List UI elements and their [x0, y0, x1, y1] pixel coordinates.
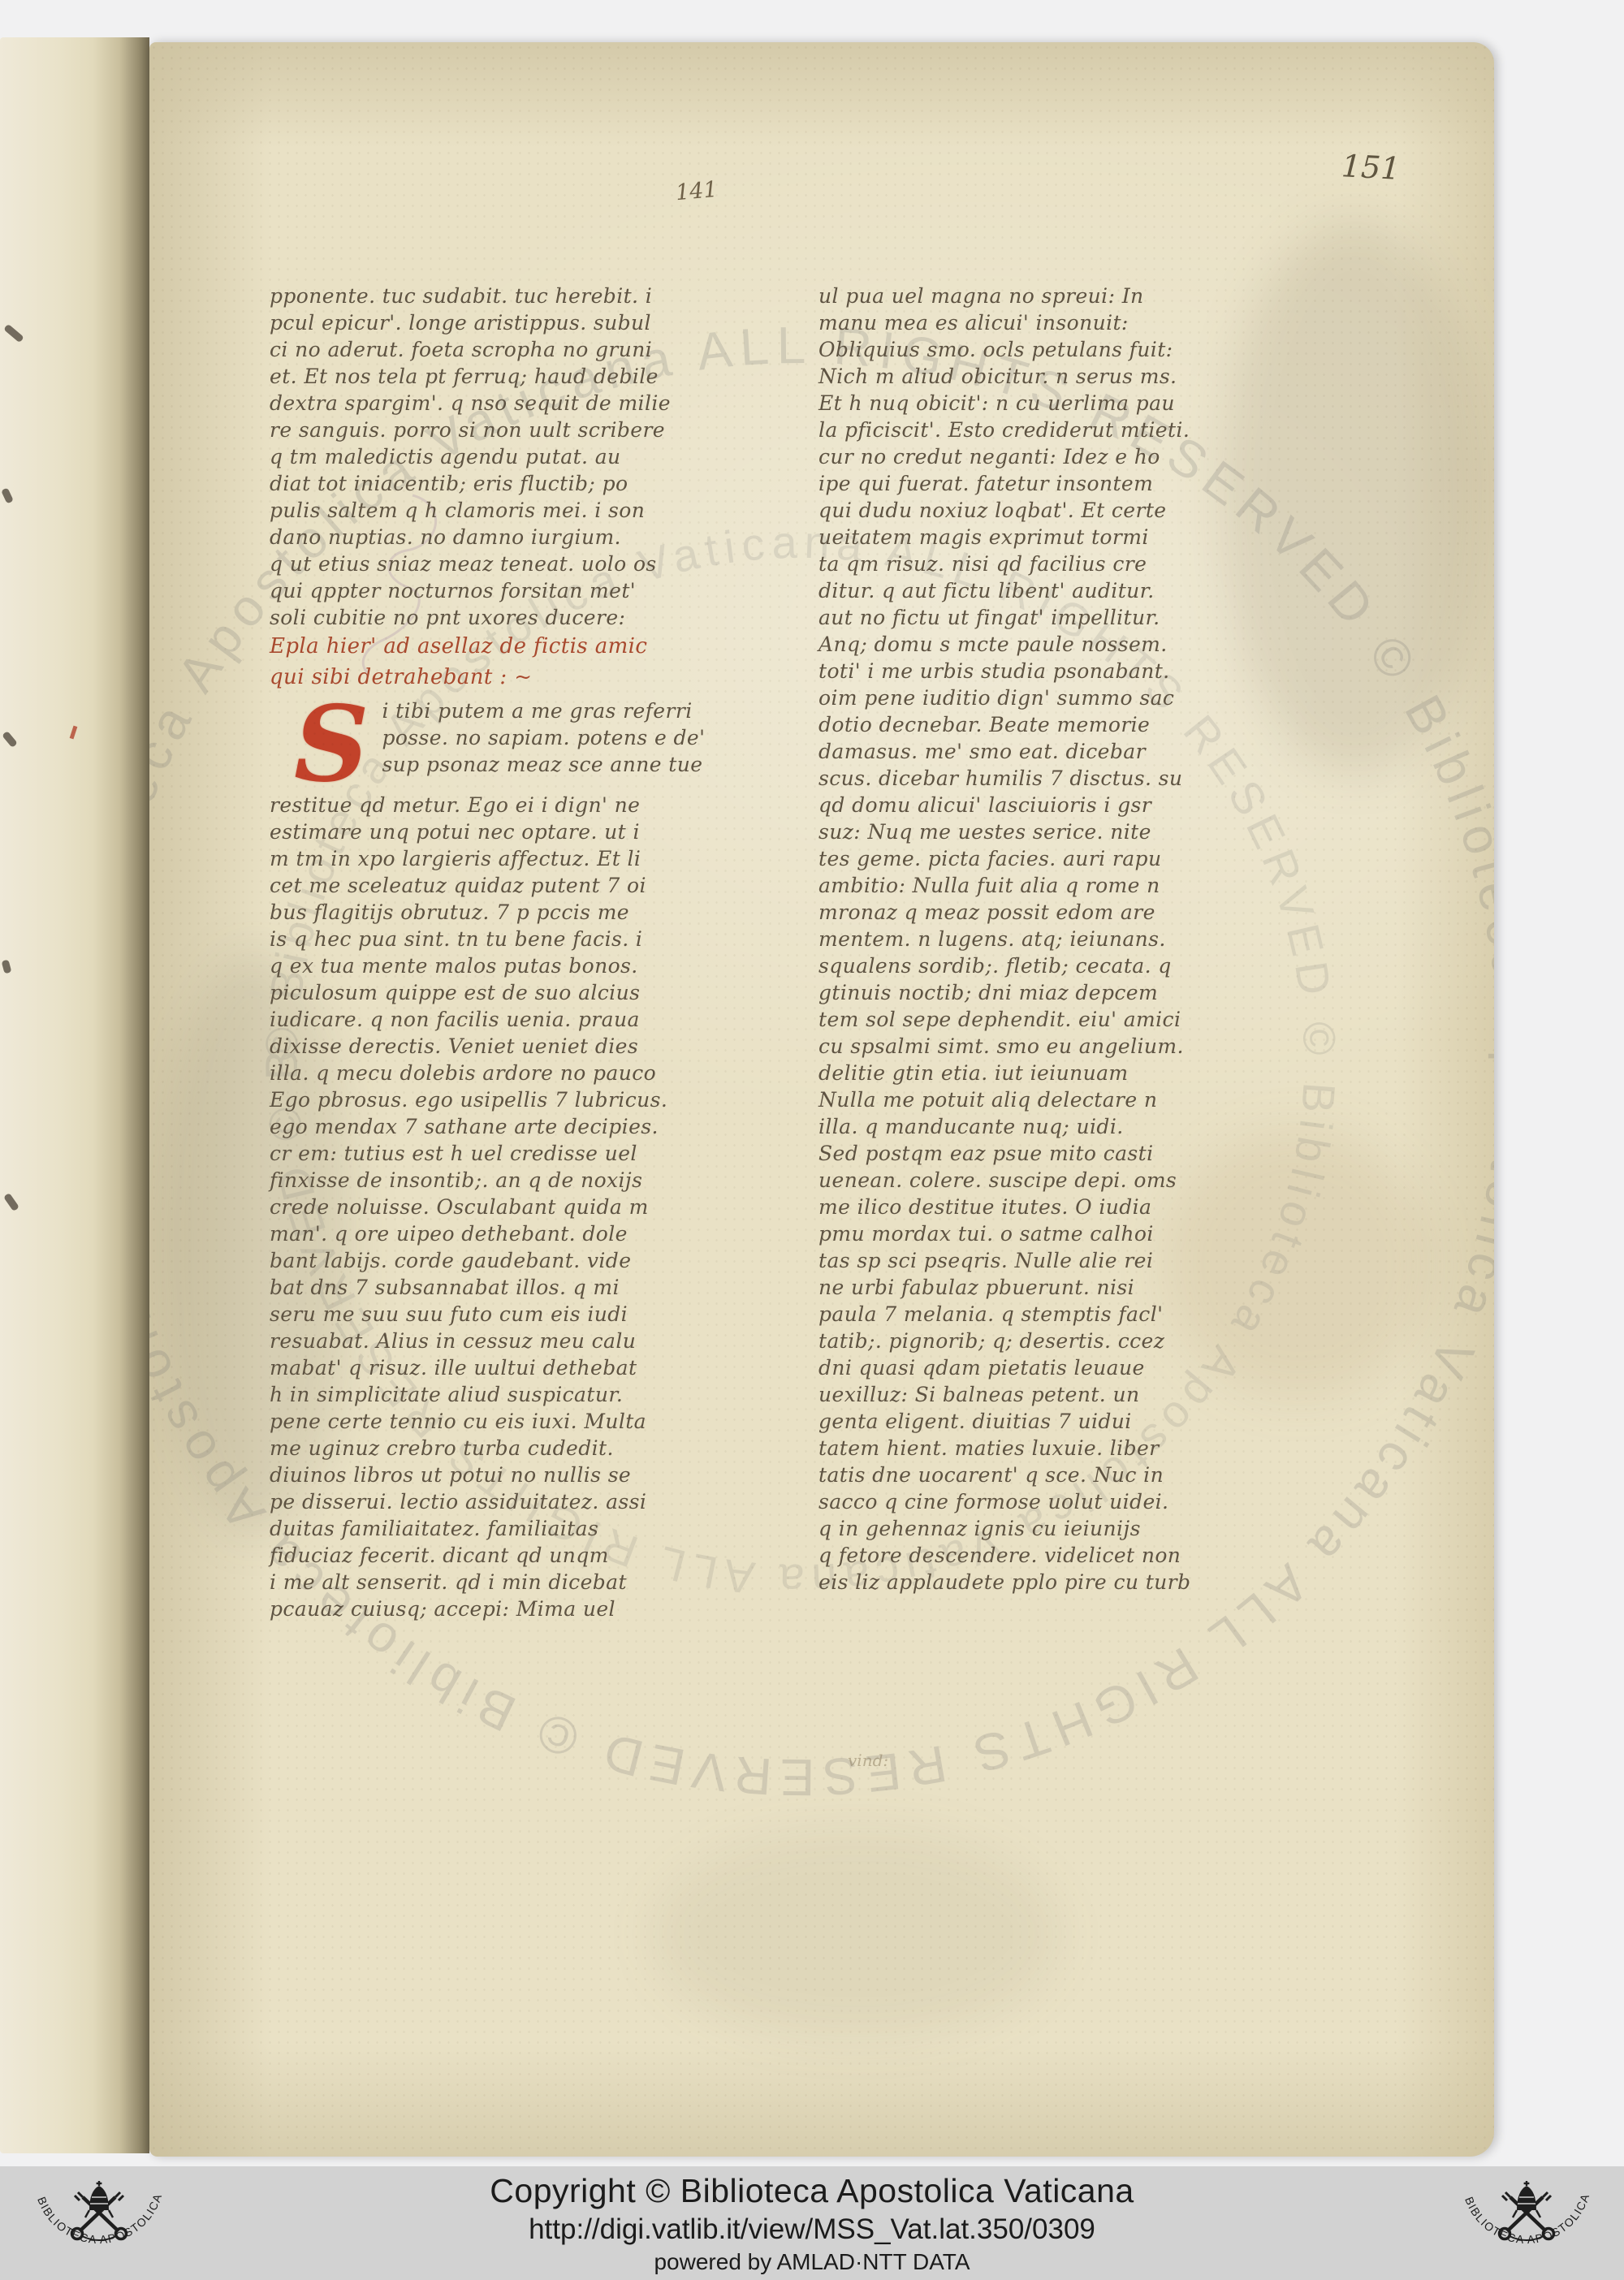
manuscript-line: mabat' q risuz. ille uultui dethebat [270, 1354, 729, 1381]
manuscript-line: posse. no sapiam. potens e de' [382, 724, 705, 751]
manuscript-line: dixisse derectis. Veniet ueniet dies [270, 1033, 729, 1060]
manuscript-line: cr em: tutius est h uel credisse uel [270, 1140, 729, 1167]
manuscript-line: pene certe tennio cu eis iuxi. Multa [270, 1408, 729, 1435]
manuscript-line: cu spsalmi simt. smo eu angelium. [818, 1033, 1278, 1060]
manuscript-line: q ut etius sniaz meaz teneat. uolo os [270, 551, 729, 577]
manuscript-line: genta eligent. diuitias 7 uidui [818, 1408, 1278, 1435]
manuscript-line: ueitatem magis exprimut tormi [818, 524, 1278, 551]
folio-number-right: 151 [1341, 148, 1402, 187]
manuscript-line: mentem. n lugens. atq; ieiunans. [818, 926, 1278, 952]
left-column-part2: restitue qd metur. Ego ei i dign' neesti… [270, 792, 729, 1622]
manuscript-line: cet me sceleatuz quidaz putent 7 oi [270, 872, 729, 899]
manuscript-line: toti' i me urbis studia psonabant. [818, 658, 1278, 684]
manuscript-line: qd domu alicui' lasciuioris i gsr [818, 792, 1278, 818]
manuscript-line: pcul epicur'. longe aristippus. subul [270, 309, 729, 336]
manuscript-line: q fetore descendere. videlicet non [818, 1542, 1278, 1569]
right-column-lines: ul pua uel magna no spreui: Inmanu mea e… [818, 283, 1278, 1596]
manuscript-line: restitue qd metur. Ego ei i dign' ne [270, 792, 729, 818]
manuscript-line: pulis saltem q h clamoris mei. i son [270, 497, 729, 524]
manuscript-line: ta qm risuz. nisi qd facilius cre [818, 551, 1278, 577]
facing-page-ink-fragment [3, 1193, 19, 1211]
manuscript-line: Obliquius smo. ocls petulans fuit: [818, 336, 1278, 363]
footer-band: BIBLIOTECA APOSTOLICA VATICANA [0, 2166, 1624, 2280]
catchword: vind: [848, 1751, 888, 1770]
manuscript-line: et. Et nos tela pt ferruq; haud debile [270, 363, 729, 390]
manuscript-line: ci no aderut. foeta scropha no gruni [270, 336, 729, 363]
manuscript-line: damasus. me' smo eat. dicebar [818, 738, 1278, 765]
manuscript-line: finxisse de insontib;. an q de noxijs [270, 1167, 729, 1194]
manuscript-line: la pficiscit'. Esto crediderut mtieti. [818, 417, 1278, 443]
folio-number-center: 141 [675, 177, 719, 205]
manuscript-line: sacco q cine formose uolut uidei. [818, 1488, 1278, 1515]
manuscript-line: scus. dicebar humilis 7 disctus. su [818, 765, 1278, 792]
manuscript-line: bant labijs. corde gaudebant. vide [270, 1247, 729, 1274]
manuscript-line: bat dns 7 subsannabat illos. q mi [270, 1274, 729, 1301]
manuscript-line: cur no credut neganti: Idez e ho [818, 443, 1278, 470]
manuscript-line: tas sp sci pseqris. Nulle alie rei [818, 1247, 1278, 1274]
manuscript-line: estimare unq potui nec optare. ut i [270, 818, 729, 845]
initial-section-lines: i tibi putem a me gras referriposse. no … [382, 697, 705, 778]
manuscript-line: qui qppter nocturnos forsitan met' [270, 577, 729, 604]
manuscript-line: soli cubitie no pnt uxores ducere: [270, 604, 729, 631]
facing-page-ink-fragment [3, 324, 24, 343]
manuscript-line: qui dudu noxiuz loqbat'. Et certe [818, 497, 1278, 524]
manuscript-line: illa. q manducante nuq; uidi. [818, 1113, 1278, 1140]
facing-page-edge [0, 37, 149, 2153]
manuscript-line: dextra spargim'. q nso sequit de milie [270, 390, 729, 417]
facing-page-ink-fragment [1, 487, 14, 503]
manuscript-line: tatib;. pignorib; q; desertis. ccez [818, 1328, 1278, 1354]
manuscript-line: aut no fictu ut fingat' impellitur. [818, 604, 1278, 631]
manuscript-line: ambitio: Nulla fuit alia q rome n [818, 872, 1278, 899]
manuscript-line: m tm in xpo largieris affectuz. Et li [270, 845, 729, 872]
manuscript-line: sup psonaz meaz sce anne tue [382, 751, 705, 778]
manuscript-line: pe disserui. lectio assiduitatez. assi [270, 1488, 729, 1515]
manuscript-line: i tibi putem a me gras referri [382, 697, 705, 724]
powered-by-line: powered by AMLAD·NTT DATA [654, 2249, 970, 2275]
manuscript-line: piculosum quippe est de suo alcius [270, 979, 729, 1006]
manuscript-line: squalens sordib;. fletib; cecata. q [818, 952, 1278, 979]
parchment-stain [653, 1829, 1059, 2040]
manuscript-line: suz: Nuq me uestes serice. nite [818, 818, 1278, 845]
manuscript-line: ego mendax 7 sathane arte decipies. [270, 1113, 729, 1140]
manuscript-line: diat tot iniacentib; eris fluctib; po [270, 470, 729, 497]
manuscript-line: diuinos libros ut potui no nullis se [270, 1462, 729, 1488]
manuscript-line: Anq; domu s mcte paule nossem. [818, 631, 1278, 658]
manuscript-line: ditur. q aut fictu libent' auditur. [818, 577, 1278, 604]
manuscript-line: q ex tua mente malos putas bonos. [270, 952, 729, 979]
manuscript-line: crede noluisse. Osculabant quida m [270, 1194, 729, 1220]
manuscript-page: © Biblioteca Apostolica Vaticana ALL RIG… [149, 42, 1494, 2157]
manuscript-line: h in simplicitate aliud suspicatur. [270, 1381, 729, 1408]
manuscript-line: tatem hient. maties luxuie. liber [818, 1435, 1278, 1462]
manuscript-line: iudicare. q non facilis uenia. praua [270, 1006, 729, 1033]
manuscript-line: Sed postqm eaz psue mito casti [818, 1140, 1278, 1167]
manuscript-line: uexilluz: Si balneas petent. un [818, 1381, 1278, 1408]
manuscript-line: dni quasi qdam pietatis leuaue [818, 1354, 1278, 1381]
manuscript-line: man'. q ore uipeo dethebant. dole [270, 1220, 729, 1247]
manuscript-line: eis liz applaudete pplo pire cu turb [818, 1569, 1278, 1596]
manuscript-line: Nich m aliud obicitur. n serus ms. [818, 363, 1278, 390]
manuscript-line: q tm maledictis agendu putat. au [270, 443, 729, 470]
manuscript-line: tem sol sepe dephendit. eiu' amici [818, 1006, 1278, 1033]
manuscript-line: uenean. colere. suscipe depi. oms [818, 1167, 1278, 1194]
manuscript-line: paula 7 melania. q stemptis facl' [818, 1301, 1278, 1328]
manuscript-line: i me alt senserit. qd i min dicebat [270, 1569, 729, 1596]
manuscript-line: Epla hier' ad asellaz de fictis amic [270, 631, 729, 662]
manuscript-line: seru me suu suu futo cum eis iudi [270, 1301, 729, 1328]
red-margin-tick [70, 726, 78, 740]
decorated-initial: S [294, 699, 369, 790]
facing-page-ink-fragment [2, 731, 18, 748]
manuscript-line: pmu mordax tui. o satme calhoi [818, 1220, 1278, 1247]
manuscript-line: ne urbi fabulaz pbuerunt. nisi [818, 1274, 1278, 1301]
manuscript-line: delitie gtin etia. iut ieiunuam [818, 1060, 1278, 1086]
manuscript-line: duitas familiaitatez. familiaitas [270, 1515, 729, 1542]
manuscript-line: ipe qui fuerat. fatetur insontem [818, 470, 1278, 497]
manuscript-line: illa. q mecu dolebis ardore no pauco [270, 1060, 729, 1086]
manuscript-line: Et h nuq obicit': n cu uerlima pau [818, 390, 1278, 417]
manuscript-line: q in gehennaz ignis cu ieiunijs [818, 1515, 1278, 1542]
manuscript-line: mronaz q meaz possit edom are [818, 899, 1278, 926]
footer-text: Copyright © Biblioteca Apostolica Vatica… [0, 2166, 1624, 2280]
manuscript-line: me ilico destitue itutes. O iudia [818, 1194, 1278, 1220]
text-column-left: pponente. tuc sudabit. tuc herebit. ipcu… [270, 283, 729, 1622]
manuscript-line: oim pene iuditio dign' summo sac [818, 684, 1278, 711]
manuscript-line: tes geme. picta facies. auri rapu [818, 845, 1278, 872]
copyright-line: Copyright © Biblioteca Apostolica Vatica… [490, 2172, 1134, 2210]
manuscript-line: dano nuptias. no damno iurgium. [270, 524, 729, 551]
manuscript-line: is q hec pua sint. tn tu bene facis. i [270, 926, 729, 952]
manuscript-line: re sanguis. porro si non uult scribere [270, 417, 729, 443]
source-url: http://digi.vatlib.it/view/MSS_Vat.lat.3… [529, 2213, 1095, 2246]
manuscript-line: Nulla me potuit aliq delectare n [818, 1086, 1278, 1113]
facing-page-ink-fragment [2, 960, 12, 974]
manuscript-line: gtinuis noctib; dni miaz depcem [818, 979, 1278, 1006]
manuscript-line: manu mea es alicui' insonuit: [818, 309, 1278, 336]
left-column-part1: pponente. tuc sudabit. tuc herebit. ipcu… [270, 283, 729, 631]
manuscript-line: ul pua uel magna no spreui: In [818, 283, 1278, 309]
manuscript-photo: © Biblioteca Apostolica Vaticana ALL RIG… [0, 0, 1624, 2166]
manuscript-line: Ego pbrosus. ego usipellis 7 lubricus. [270, 1086, 729, 1113]
manuscript-line: me uginuz crebro turba cudedit. [270, 1435, 729, 1462]
manuscript-line: bus flagitijs obrutuz. 7 p pccis me [270, 899, 729, 926]
manuscript-line: dotio decnebar. Beate memorie [818, 711, 1278, 738]
manuscript-line: pponente. tuc sudabit. tuc herebit. i [270, 283, 729, 309]
manuscript-line: pcauaz cuiusq; accepi: Mima uel [270, 1596, 729, 1622]
text-column-right: ul pua uel magna no spreui: Inmanu mea e… [818, 283, 1278, 1596]
initial-section: S i tibi putem a me gras referriposse. n… [270, 697, 729, 790]
manuscript-line: fiduciaz fecerit. dicant qd unqm [270, 1542, 729, 1569]
manuscript-line: tatis dne uocarent' q sce. Nuc in [818, 1462, 1278, 1488]
manuscript-line: resuabat. Alius in cessuz meu calu [270, 1328, 729, 1354]
